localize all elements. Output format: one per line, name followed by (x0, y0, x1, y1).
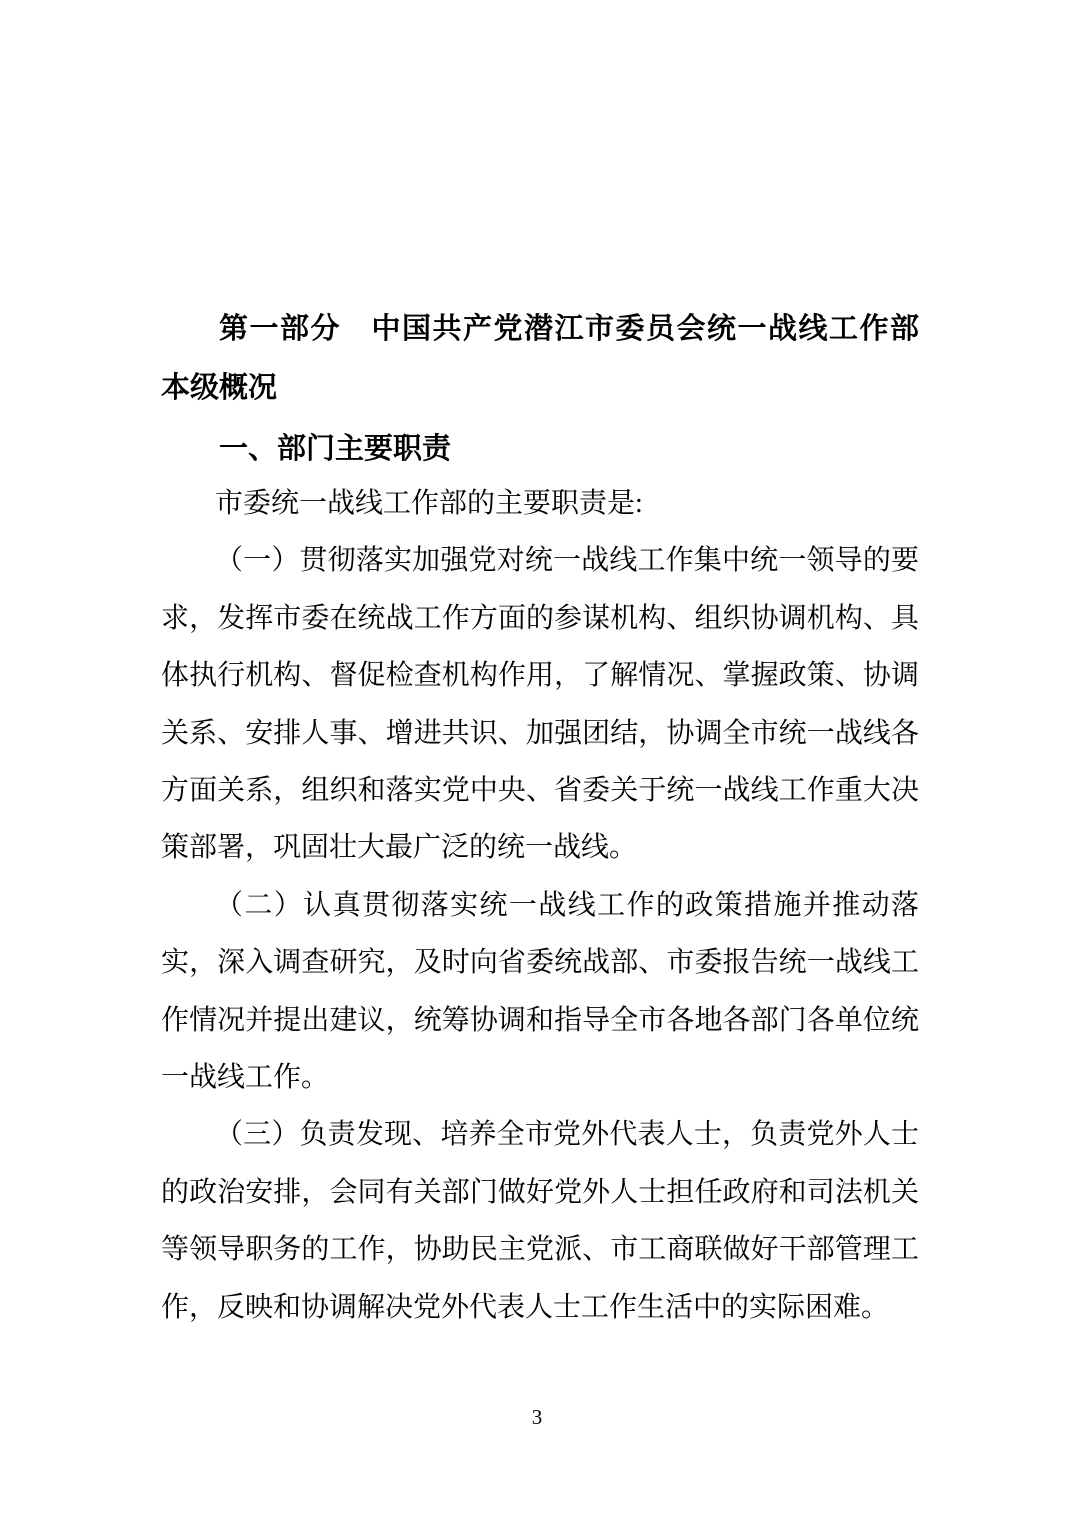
page-number: 3 (0, 1402, 1074, 1432)
paragraph-2-line-2: 实，深入调查研究，及时向省委统战部、市委报告统一战线工 (161, 934, 919, 991)
document-content: 第一部分 中国共产党潜江市委员会统一战线工作部 本级概况 一、部门主要职责 市委… (161, 300, 919, 1336)
section-heading: 一、部门主要职责 (161, 418, 919, 475)
paragraph-2-line-4: 一战线工作。 (161, 1049, 919, 1106)
paragraph-1-line-6: 策部署，巩固壮大最广泛的统一战线。 (161, 819, 919, 876)
paragraph-3-line-1: （三）负责发现、培养全市党外代表人士，负责党外人士 (161, 1106, 919, 1163)
paragraph-2: （二）认真贯彻落实统一战线工作的政策措施并推动落 实，深入调查研究，及时向省委统… (161, 877, 919, 1107)
paragraph-3: （三）负责发现、培养全市党外代表人士，负责党外人士 的政治安排，会同有关部门做好… (161, 1106, 919, 1336)
paragraph-1-line-5: 方面关系，组织和落实党中央、省委关于统一战线工作重大决 (161, 762, 919, 819)
document-page: 第一部分 中国共产党潜江市委员会统一战线工作部 本级概况 一、部门主要职责 市委… (0, 0, 1074, 1520)
paragraph-2-line-1: （二）认真贯彻落实统一战线工作的政策措施并推动落 (161, 877, 919, 934)
paragraph-1-line-2: 求，发挥市委在统战工作方面的参谋机构、组织协调机构、具 (161, 590, 919, 647)
document-title-line-2: 本级概况 (161, 359, 919, 418)
section-intro-line: 市委统一战线工作部的主要职责是: (161, 475, 919, 532)
paragraph-3-line-3: 等领导职务的工作，协助民主党派、市工商联做好干部管理工 (161, 1221, 919, 1278)
paragraph-3-line-4: 作，反映和协调解决党外代表人士工作生活中的实际困难。 (161, 1279, 919, 1336)
paragraph-1-line-3: 体执行机构、督促检查机构作用，了解情况、掌握政策、协调 (161, 647, 919, 704)
paragraph-1-line-4: 关系、安排人事、增进共识、加强团结，协调全市统一战线各 (161, 705, 919, 762)
paragraph-2-line-3: 作情况并提出建议，统筹协调和指导全市各地各部门各单位统 (161, 992, 919, 1049)
paragraph-1-line-1: （一）贯彻落实加强党对统一战线工作集中统一领导的要 (161, 532, 919, 589)
document-title-line-1: 第一部分 中国共产党潜江市委员会统一战线工作部 (161, 300, 919, 359)
paragraph-1: （一）贯彻落实加强党对统一战线工作集中统一领导的要 求，发挥市委在统战工作方面的… (161, 532, 919, 876)
paragraph-3-line-2: 的政治安排，会同有关部门做好党外人士担任政府和司法机关 (161, 1164, 919, 1221)
